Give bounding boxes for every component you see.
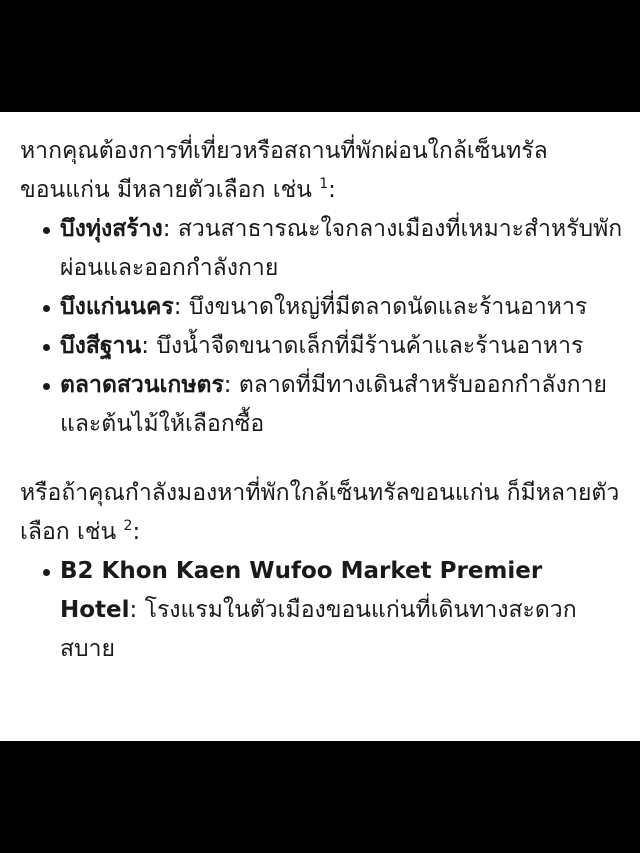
hotel-description: โรงแรมในตัวเมืองขอนแก่นที่เดินทางสะดวกสบ… xyxy=(60,597,577,662)
place-description: บึงน้ำจืดขนาดเล็กที่มีร้านค้าและร้านอาหา… xyxy=(149,333,583,359)
list-item-hotel: B2 Khon Kaen Wufoo Market Premier Hotel:… xyxy=(60,552,626,669)
list-item-place: บึงแก่นนคร: บึงขนาดใหญ่ที่มีตลาดนัดและร้… xyxy=(60,288,626,327)
hotels-intro-suffix: : xyxy=(132,519,140,545)
place-name: บึงทุ่งสร้าง xyxy=(60,216,163,242)
screenshot-frame: หากคุณต้องการที่เที่ยวหรือสถานที่พักผ่อน… xyxy=(0,0,640,853)
place-name: บึงสีฐาน xyxy=(60,333,141,359)
place-description: บึงขนาดใหญ่ที่มีตลาดนัดและร้านอาหาร xyxy=(182,294,588,320)
places-list: บึงทุ่งสร้าง: สวนสาธารณะใจกลางเมืองที่เห… xyxy=(20,210,626,444)
list-item-place: บึงทุ่งสร้าง: สวนสาธารณะใจกลางเมืองที่เห… xyxy=(60,210,626,288)
place-separator: : xyxy=(163,216,171,242)
intro-text: หากคุณต้องการที่เที่ยวหรือสถานที่พักผ่อน… xyxy=(20,138,548,203)
list-item-place: บึงสีฐาน: บึงน้ำจืดขนาดเล็กที่มีร้านค้าแ… xyxy=(60,327,626,366)
chat-response-content: หากคุณต้องการที่เที่ยวหรือสถานที่พักผ่อน… xyxy=(0,112,640,741)
hotels-list: B2 Khon Kaen Wufoo Market Premier Hotel:… xyxy=(20,552,626,669)
place-name: ตลาดสวนเกษตร xyxy=(60,372,224,398)
paragraph-spacer xyxy=(20,444,626,474)
place-separator: : xyxy=(174,294,182,320)
place-separator: : xyxy=(141,333,149,359)
place-separator: : xyxy=(224,372,232,398)
intro-paragraph: หากคุณต้องการที่เที่ยวหรือสถานที่พักผ่อน… xyxy=(20,132,626,210)
intro-suffix: : xyxy=(328,177,336,203)
hotels-intro-text: หรือถ้าคุณกำลังมองหาที่พักใกล้เซ็นทรัลขอ… xyxy=(20,480,619,545)
citation-marker-1[interactable]: 1 xyxy=(319,176,328,192)
hotels-intro-paragraph: หรือถ้าคุณกำลังมองหาที่พักใกล้เซ็นทรัลขอ… xyxy=(20,474,626,552)
place-name: บึงแก่นนคร xyxy=(60,294,174,320)
list-item-place: ตลาดสวนเกษตร: ตลาดที่มีทางเดินสำหรับออกก… xyxy=(60,366,626,444)
